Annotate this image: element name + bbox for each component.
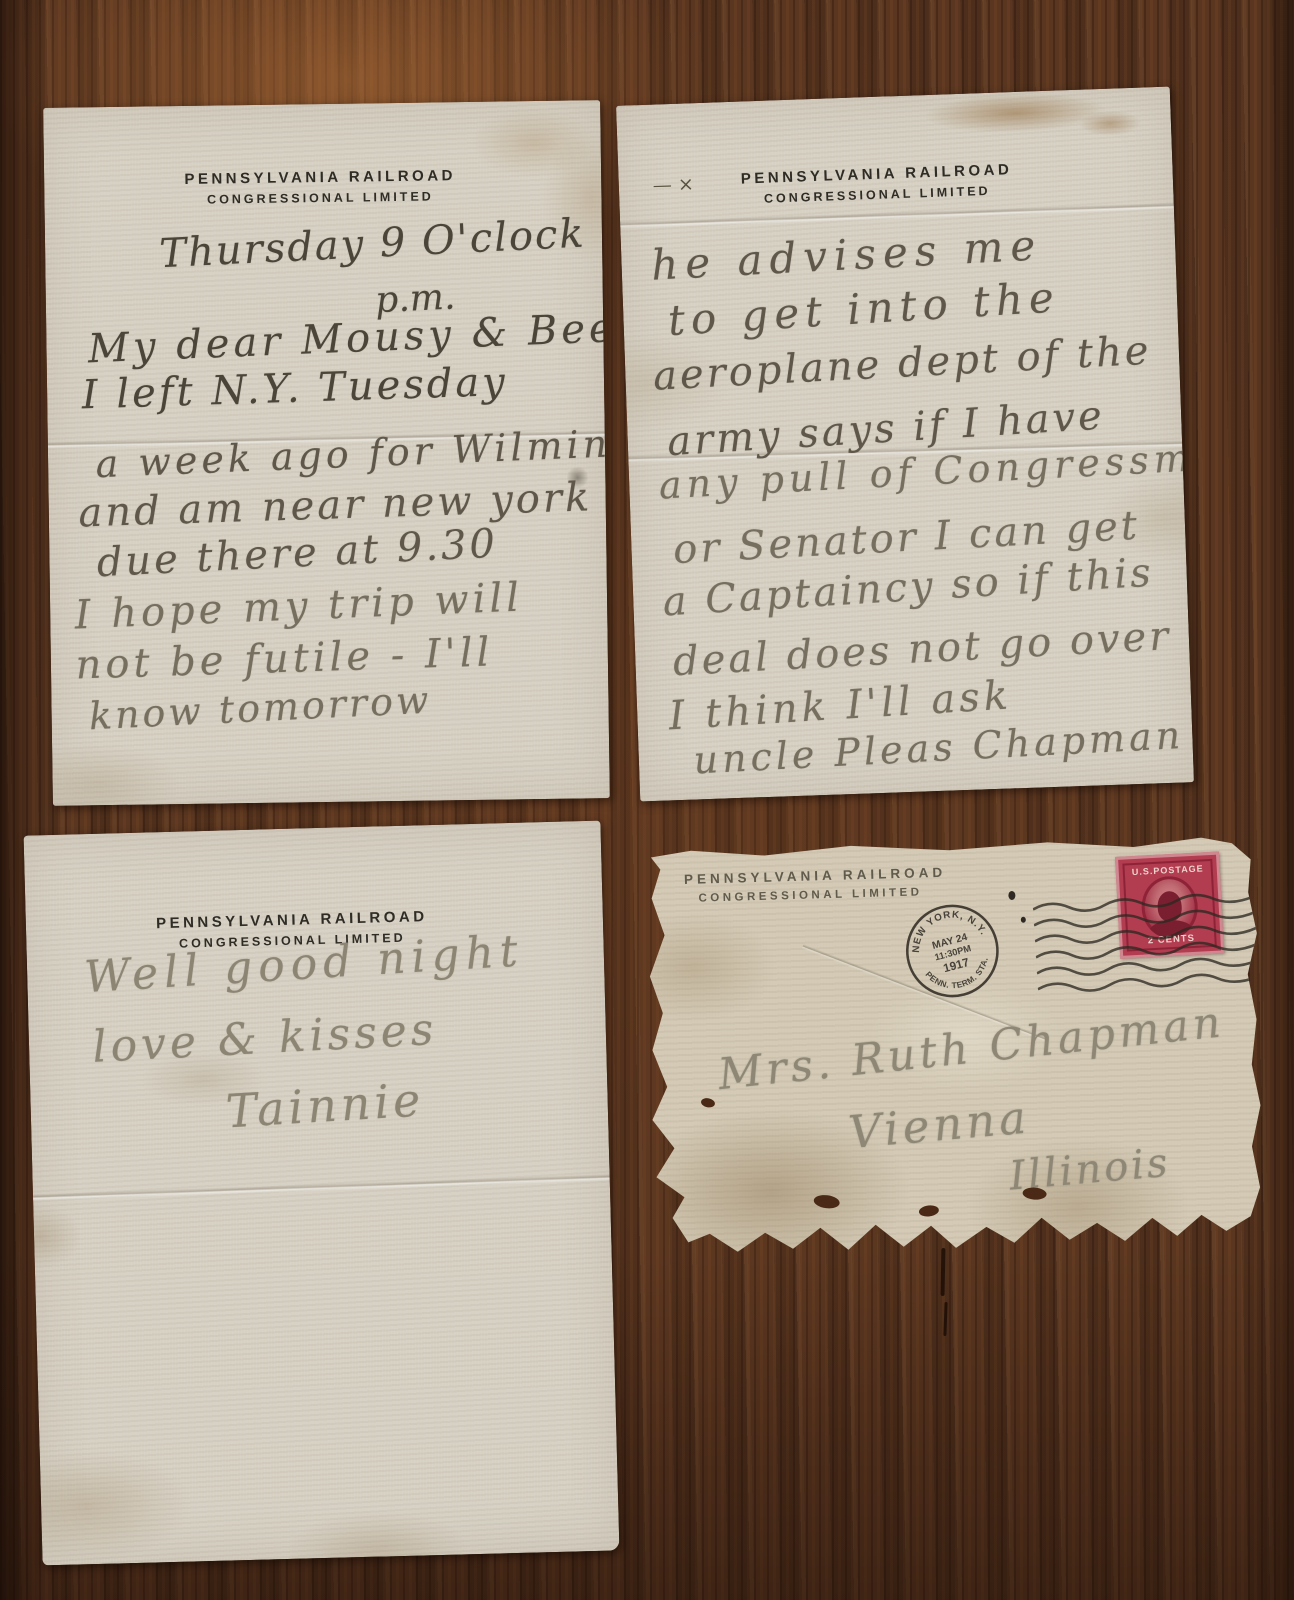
letterhead-line1: PENNSYLVANIA RAILROAD [184, 168, 456, 187]
wood-table-background: PENNSYLVANIA RAILROAD CONGRESSIONAL LIMI… [0, 0, 1294, 1600]
handwriting-line: not be futile - I'll [75, 632, 494, 685]
letterhead-line1: PENNSYLVANIA RAILROAD [684, 865, 947, 887]
ink-speck [1021, 917, 1026, 923]
wood-scratch [943, 1302, 947, 1336]
postmark-stamp: NEW YORK, N.Y. PENN. TERM. STA. MAY 24 1… [903, 901, 1003, 1001]
fold-crease [33, 1174, 610, 1201]
handwriting-line: Thursday 9 O'clock [159, 214, 587, 275]
envelope-letterhead: PENNSYLVANIA RAILROAD CONGRESSIONAL LIMI… [684, 865, 947, 905]
pen-mark: — × [652, 173, 694, 196]
handwriting-line: I left N.Y. Tuesday [81, 362, 508, 415]
letterhead-line1: PENNSYLVANIA RAILROAD [741, 162, 1013, 186]
handwriting-line: know tomorrow [88, 681, 432, 736]
handwriting-line: love & kisses [91, 1008, 438, 1070]
letterhead-line2: CONGRESSIONAL LIMITED [741, 184, 1013, 206]
handwriting-line: and am near new york [78, 477, 593, 533]
handwriting-line: to get into the [667, 276, 1061, 342]
torn-hole [701, 1097, 716, 1109]
torn-hole [813, 1193, 840, 1209]
letter-sheet-top-right: PENNSYLVANIA RAILROAD CONGRESSIONAL LIMI… [616, 87, 1194, 802]
handwriting-line: Well good night [83, 929, 525, 1000]
handwriting-line: My dear Mousy & Bee [87, 308, 610, 369]
address-line-name: Mrs. Ruth Chapman [716, 1001, 1226, 1097]
handwriting-line: a week ago for Wilmington [95, 420, 610, 483]
fold-crease [620, 202, 1174, 228]
cancellation-lines [1033, 888, 1260, 997]
ink-speck [1008, 891, 1015, 900]
handwriting-line: deal does not go over [672, 616, 1172, 682]
letterhead-line1: PENNSYLVANIA RAILROAD [156, 909, 428, 931]
wood-scratch [941, 1248, 946, 1296]
letterhead: PENNSYLVANIA RAILROAD CONGRESSIONAL LIMI… [184, 168, 456, 206]
envelope: PENNSYLVANIA RAILROAD CONGRESSIONAL LIMI… [641, 835, 1263, 1256]
letterhead-line2: CONGRESSIONAL LIMITED [185, 190, 457, 206]
letter-sheet-top-left: PENNSYLVANIA RAILROAD CONGRESSIONAL LIMI… [43, 100, 610, 806]
letterhead: PENNSYLVANIA RAILROAD CONGRESSIONAL LIMI… [741, 162, 1014, 206]
torn-hole [918, 1204, 939, 1217]
address-line-city: Vienna [847, 1094, 1032, 1155]
handwriting-line: I hope my trip will [74, 578, 524, 636]
letter-sheet-bottom-left: PENNSYLVANIA RAILROAD CONGRESSIONAL LIMI… [24, 821, 620, 1566]
handwriting-line: Tainnie [225, 1076, 426, 1134]
